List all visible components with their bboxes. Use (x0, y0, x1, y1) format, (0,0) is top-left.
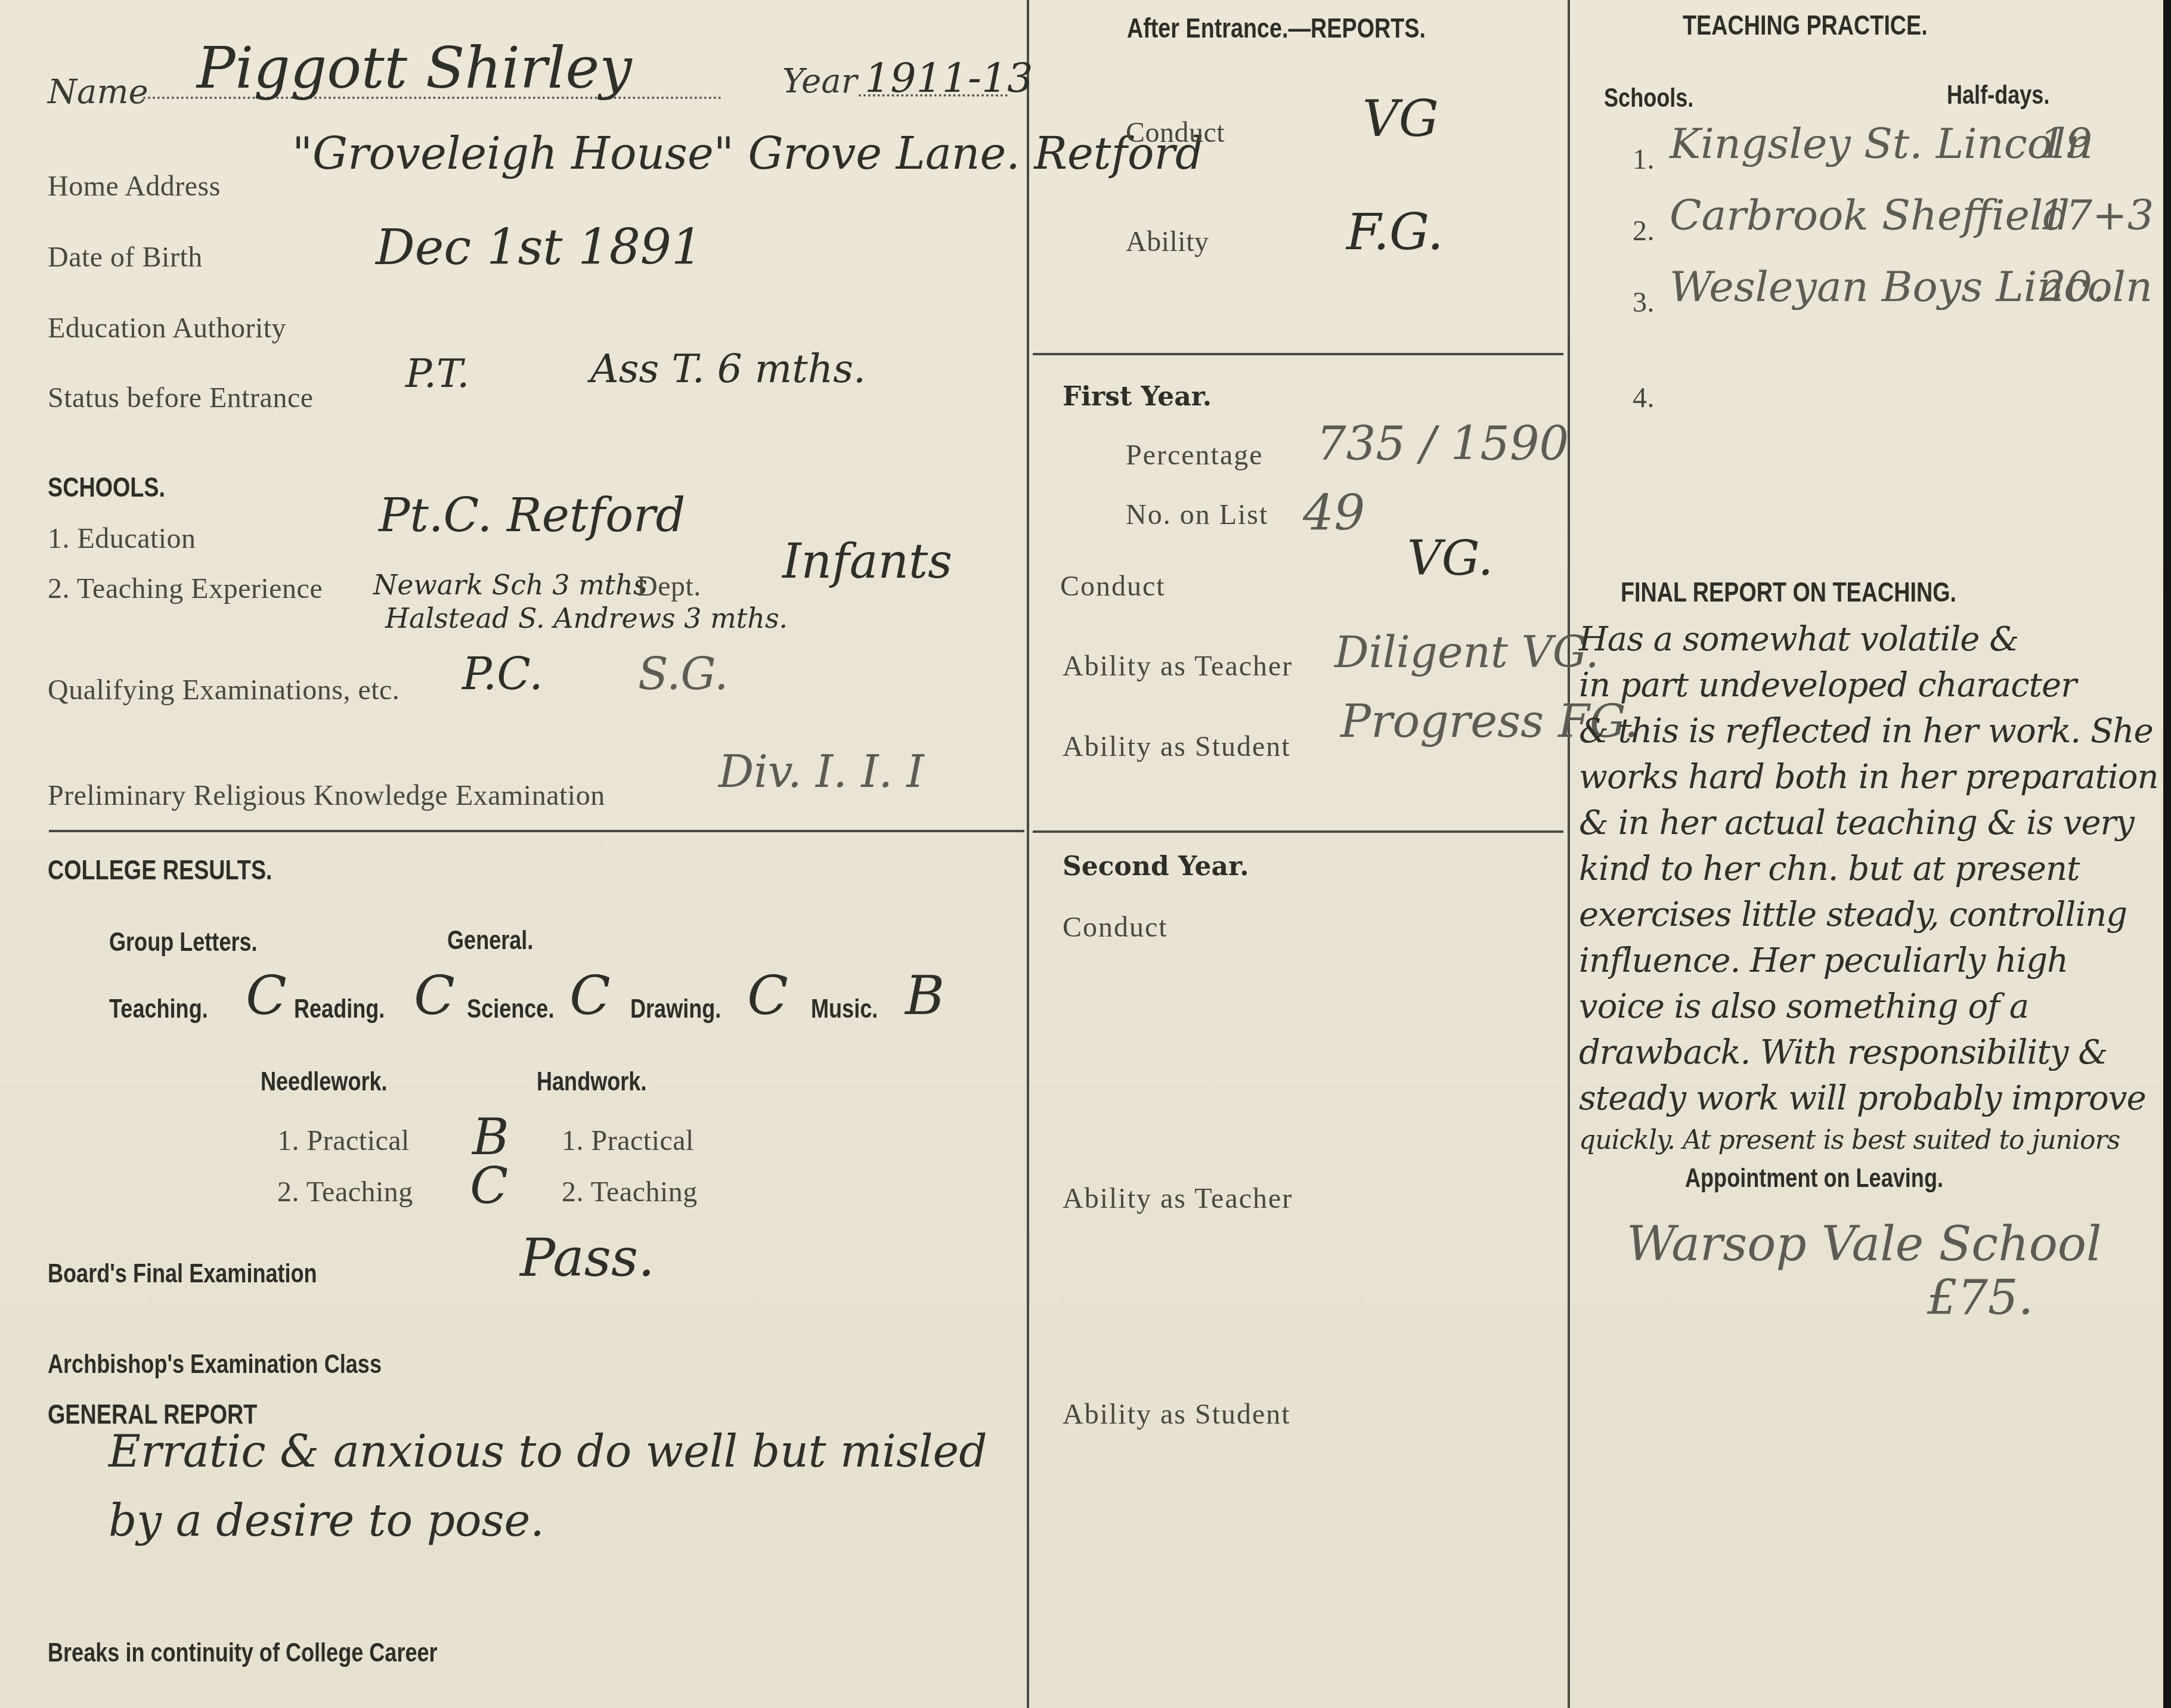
column-divider-left (1027, 0, 1029, 1708)
practice-entry-number: 3. (1633, 286, 1655, 319)
divider-mid-secondyear (1033, 830, 1563, 833)
final-report-line: quickly. At present is best suited to ju… (1579, 1125, 2120, 1155)
year-label: Year (782, 62, 857, 101)
breaks-continuity-label: Breaks in continuity of College Career (48, 1638, 438, 1668)
dept-label: Dept. (637, 570, 701, 603)
dob-label: Date of Birth (48, 241, 203, 274)
needlework-teaching-label: 2. Teaching (277, 1176, 413, 1208)
final-report-heading: FINAL REPORT ON TEACHING. (1621, 576, 1956, 608)
second-year-teacher-label: Ability as Teacher (1063, 1182, 1293, 1215)
name-value: Piggott Shirley (197, 35, 632, 101)
appointment-heading: Appointment on Leaving. (1685, 1164, 1943, 1194)
reports-ability-label: Ability (1126, 225, 1209, 258)
grade-value: C (414, 965, 455, 1027)
religious-exam-value: Div. I. I. I (718, 746, 924, 798)
name-label: Name (48, 73, 148, 111)
grade-label: Teaching. (109, 994, 208, 1024)
first-year-heading: First Year. (1063, 382, 1212, 412)
teaching-experience-line2: Halstead S. Andrews 3 mths. (385, 602, 788, 634)
final-report-line: influence. Her peculiarly high (1579, 941, 2068, 980)
first-year-teacher-value: Diligent VG. (1334, 627, 1599, 677)
religious-exam-label: Preliminary Religious Knowledge Examinat… (48, 779, 605, 812)
final-report-line: in part undeveloped character (1579, 666, 2076, 705)
qualifying-value-sg: S.G. (638, 649, 729, 700)
appointment-school: Warsop Vale School (1627, 1216, 2102, 1272)
second-year-conduct-label: Conduct (1063, 911, 1168, 944)
general-label: General. (447, 926, 533, 956)
teaching-experience-line1: Newark Sch 3 mths (373, 569, 648, 601)
education-value: Pt.C. Retford (379, 489, 685, 543)
needlework-label: Needlework. (261, 1067, 388, 1097)
handwork-label: Handwork. (537, 1067, 646, 1097)
final-report-line: exercises little steady, controlling (1579, 895, 2127, 934)
grade-label: Reading. (294, 994, 385, 1024)
no-on-list-label: No. on List (1126, 498, 1268, 531)
first-year-teacher-label: Ability as Teacher (1063, 650, 1293, 683)
practice-entry-school: Kingsley St. Lincoln (1670, 119, 2092, 168)
second-year-student-label: Ability as Student (1063, 1398, 1291, 1431)
divider-mid-firstyear (1033, 353, 1563, 355)
needlework-teaching-value: C (470, 1157, 508, 1215)
practice-entry-halfdays: 20. (2039, 262, 2105, 311)
practice-entry-number: 2. (1633, 215, 1655, 247)
home-address-value: "Groveleigh House" Grove Lane. Retford (292, 128, 1203, 179)
grade-label: Drawing. (630, 994, 721, 1024)
grade-label: Science. (467, 994, 554, 1024)
teaching-experience-label: 2. Teaching Experience (48, 572, 323, 605)
home-address-label: Home Address (48, 170, 221, 203)
needlework-practical-label: 1. Practical (277, 1124, 410, 1157)
final-report-line: & this is reflected in her work. She (1579, 712, 2153, 751)
first-year-student-label: Ability as Student (1063, 730, 1291, 763)
practice-entry-number: 4. (1633, 382, 1655, 414)
practice-entry-school: Carbrook Sheffield (1670, 191, 2070, 240)
final-report-line: works hard both in her preparation (1579, 758, 2158, 796)
scan-edge (2163, 0, 2171, 1708)
status-value-pt: P.T. (405, 351, 469, 396)
education-authority-label: Education Authority (48, 312, 286, 345)
final-report-line: & in her actual teaching & is very (1579, 804, 2134, 842)
column-divider-right (1568, 0, 1570, 1708)
reports-conduct-label: Conduct (1126, 116, 1225, 149)
dept-value: Infants (782, 534, 952, 589)
group-letters-label: Group Letters. (109, 928, 258, 957)
reports-ability-value: F.G. (1346, 203, 1444, 261)
student-record-card: Name Piggott Shirley Year 1911-13 Home A… (0, 0, 2163, 1708)
teaching-practice-heading: TEACHING PRACTICE. (1683, 9, 1928, 41)
grade-label: Music. (811, 994, 878, 1024)
grade-value: B (905, 965, 944, 1027)
percentage-label: Percentage (1126, 439, 1263, 472)
general-report-line1: Erratic & anxious to do well but misled (109, 1426, 987, 1477)
college-results-heading: COLLEGE RESULTS. (48, 854, 272, 886)
grade-value: C (747, 965, 788, 1027)
appointment-salary: £75. (1927, 1270, 2033, 1325)
reports-conduct-value: VG (1362, 89, 1439, 148)
archbishop-exam-label: Archbishop's Examination Class (48, 1350, 382, 1380)
grade-value: C (569, 965, 611, 1027)
final-report-line: drawback. With responsibility & (1579, 1033, 2107, 1072)
second-year-heading: Second Year. (1063, 851, 1249, 882)
dob-value: Dec 1st 1891 (376, 219, 702, 276)
practice-entry-number: 1. (1633, 143, 1655, 176)
schools-column-label: Schools. (1604, 83, 1693, 113)
status-label: Status before Entrance (48, 382, 313, 414)
boards-final-label: Board's Final Examination (48, 1259, 317, 1289)
qualifying-value-pc: P.C. (462, 649, 543, 700)
practice-entry-halfdays: 17+3 (2039, 191, 2154, 240)
percentage-value: 735 / 1590 (1317, 417, 1569, 471)
divider-left-college (49, 830, 1024, 832)
handwork-practical-label: 1. Practical (562, 1124, 694, 1157)
final-report-line: kind to her chn. but at present (1579, 850, 2080, 888)
qualifying-exams-label: Qualifying Examinations, etc. (48, 674, 399, 706)
year-value: 1911-13 (865, 55, 1033, 102)
final-report-line: Has a somewhat volatile & (1579, 620, 2018, 659)
halfdays-column-label: Half-days. (1947, 80, 2049, 110)
final-report-line: voice is also something of a (1579, 987, 2028, 1026)
general-report-label: GENERAL REPORT (48, 1398, 257, 1430)
boards-final-value: Pass. (520, 1227, 655, 1288)
practice-entry-halfdays: 19 (2039, 119, 2092, 168)
grade-value: C (246, 965, 287, 1027)
final-report-line: steady work will probably improve (1579, 1079, 2146, 1118)
no-on-list-value: 49 (1303, 485, 1365, 542)
first-year-conduct-label: Conduct (1060, 570, 1166, 603)
reports-heading: After Entrance.—REPORTS. (1127, 12, 1426, 44)
handwork-teaching-label: 2. Teaching (562, 1176, 698, 1208)
first-year-conduct-value: VG. (1407, 531, 1493, 586)
schools-heading: SCHOOLS. (48, 471, 165, 503)
status-value-asst: Ass T. 6 mths. (590, 346, 866, 392)
general-report-line2: by a desire to pose. (109, 1495, 544, 1546)
education-label: 1. Education (48, 522, 196, 555)
